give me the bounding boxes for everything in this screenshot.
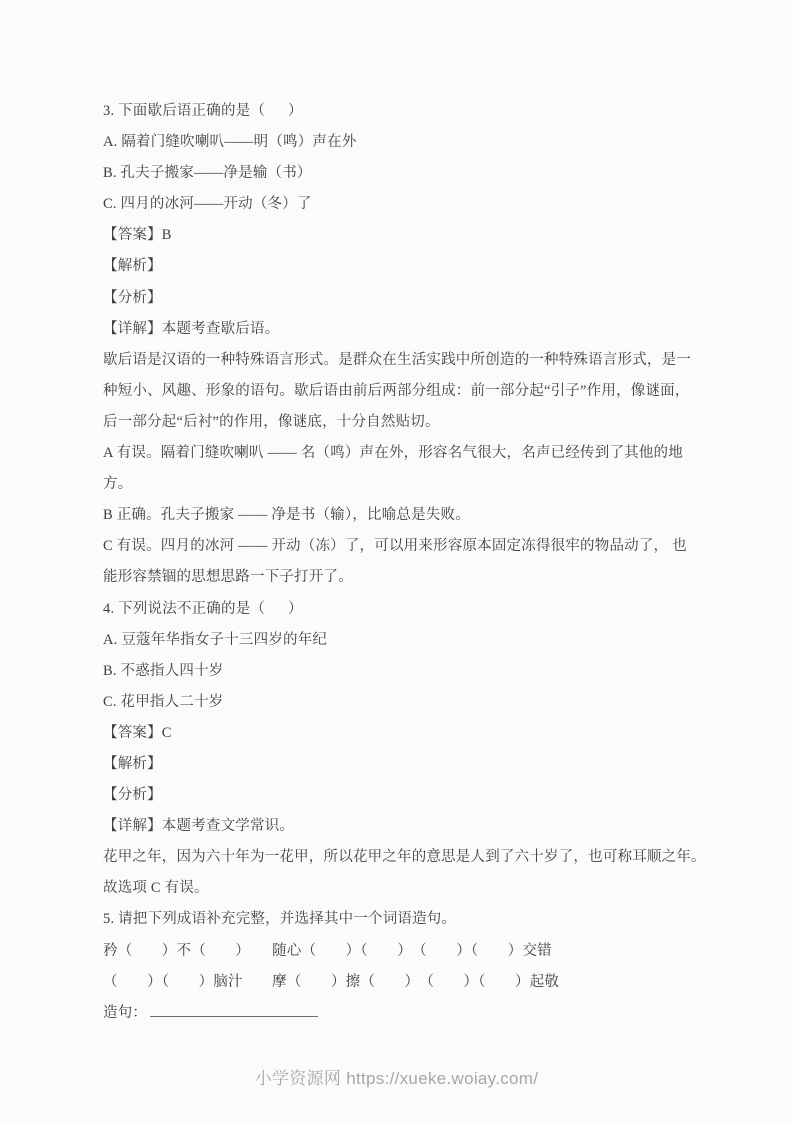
question-4-explanation-line: 故选项 C 有误。 (103, 873, 703, 904)
question-3-jiexi-label: 【解析】 (103, 251, 703, 282)
question-3-option-c: C. 四月的冰河——开动（冬）了 (103, 189, 703, 220)
idiom-fill-row: （ ）（ ）脑汁 摩（ ）擦（ ） （ ）（ ）起敬 (103, 967, 703, 998)
question-3-option-b: B. 孔夫子搬家——净是输（书） (103, 158, 703, 189)
question-4-answer: 【答案】C (103, 718, 703, 749)
watermark-text: 小学资源网 https://xueke.woiay.com/ (255, 1069, 539, 1088)
question-3-explanation-line: B 正确。孔夫子搬家 —— 净是书（输），比喻总是失败。 (103, 500, 703, 531)
exam-content: 3. 下面歇后语正确的是（ ） A. 隔着门缝吹喇叭——明（鸣）声在外 B. 孔… (103, 96, 703, 1029)
question-3-title: 3. 下面歇后语正确的是（ ） (103, 96, 703, 127)
question-3-xiangjie: 【详解】本题考查歇后语。 (103, 314, 703, 345)
question-4-option-b: B. 不惑指人四十岁 (103, 656, 703, 687)
question-4-jiexi-label: 【解析】 (103, 749, 703, 780)
question-5-title: 5. 请把下列成语补充完整，并选择其中一个词语造句。 (103, 904, 703, 935)
footer-watermark: 小学资源网 https://xueke.woiay.com/ (0, 1066, 793, 1092)
question-3-explanation-line: 后一部分起“后衬”的作用，像谜底，十分自然贴切。 (103, 407, 703, 438)
question-4-xiangjie: 【详解】本题考查文学常识。 (103, 811, 703, 842)
question-3-explanation-line: 种短小、风趣、形象的语句。歇后语由前后两部分组成：前一部分起“引子”作用，像谜面… (103, 376, 703, 407)
question-3-explanation-line: 能形容禁锢的思想思路一下子打开了。 (103, 562, 703, 593)
idiom-fill-row: 矜（ ）不（ ） 随心（ ）（ ） （ ）（ ）交错 (103, 936, 703, 967)
question-4-fenxi-label: 【分析】 (103, 780, 703, 811)
question-3-explanation-line: C 有误。四月的冰河 —— 开动（冻）了，可以用来形容原本固定冻得很牢的物品动了… (103, 531, 703, 562)
question-3-explanation-line: A 有误。隔着门缝吹喇叭 —— 名（鸣）声在外，形容名气很大，名声已经传到了其他… (103, 438, 703, 469)
zaoju-line: 造句： (103, 998, 703, 1029)
exam-document-page: 3. 下面歇后语正确的是（ ） A. 隔着门缝吹喇叭——明（鸣）声在外 B. 孔… (0, 0, 793, 1122)
question-4-option-a: A. 豆蔻年华指女子十三四岁的年纪 (103, 625, 703, 656)
question-4-title: 4. 下列说法不正确的是（ ） (103, 594, 703, 625)
zaoju-label: 造句： (103, 1005, 147, 1021)
question-4-option-c: C. 花甲指人二十岁 (103, 687, 703, 718)
question-4-explanation-line: 花甲之年，因为六十年为一花甲，所以花甲之年的意思是人到了六十岁了，也可称耳顺之年… (103, 842, 703, 873)
question-3-explanation-line: 歇后语是汉语的一种特殊语言形式。是群众在生活实践中所创造的一种特殊语言形式，是一 (103, 345, 703, 376)
question-3-answer: 【答案】B (103, 220, 703, 251)
question-3-fenxi-label: 【分析】 (103, 283, 703, 314)
question-3-explanation-line: 方。 (103, 469, 703, 500)
zaoju-blank-line (150, 1003, 318, 1017)
question-3-option-a: A. 隔着门缝吹喇叭——明（鸣）声在外 (103, 127, 703, 158)
